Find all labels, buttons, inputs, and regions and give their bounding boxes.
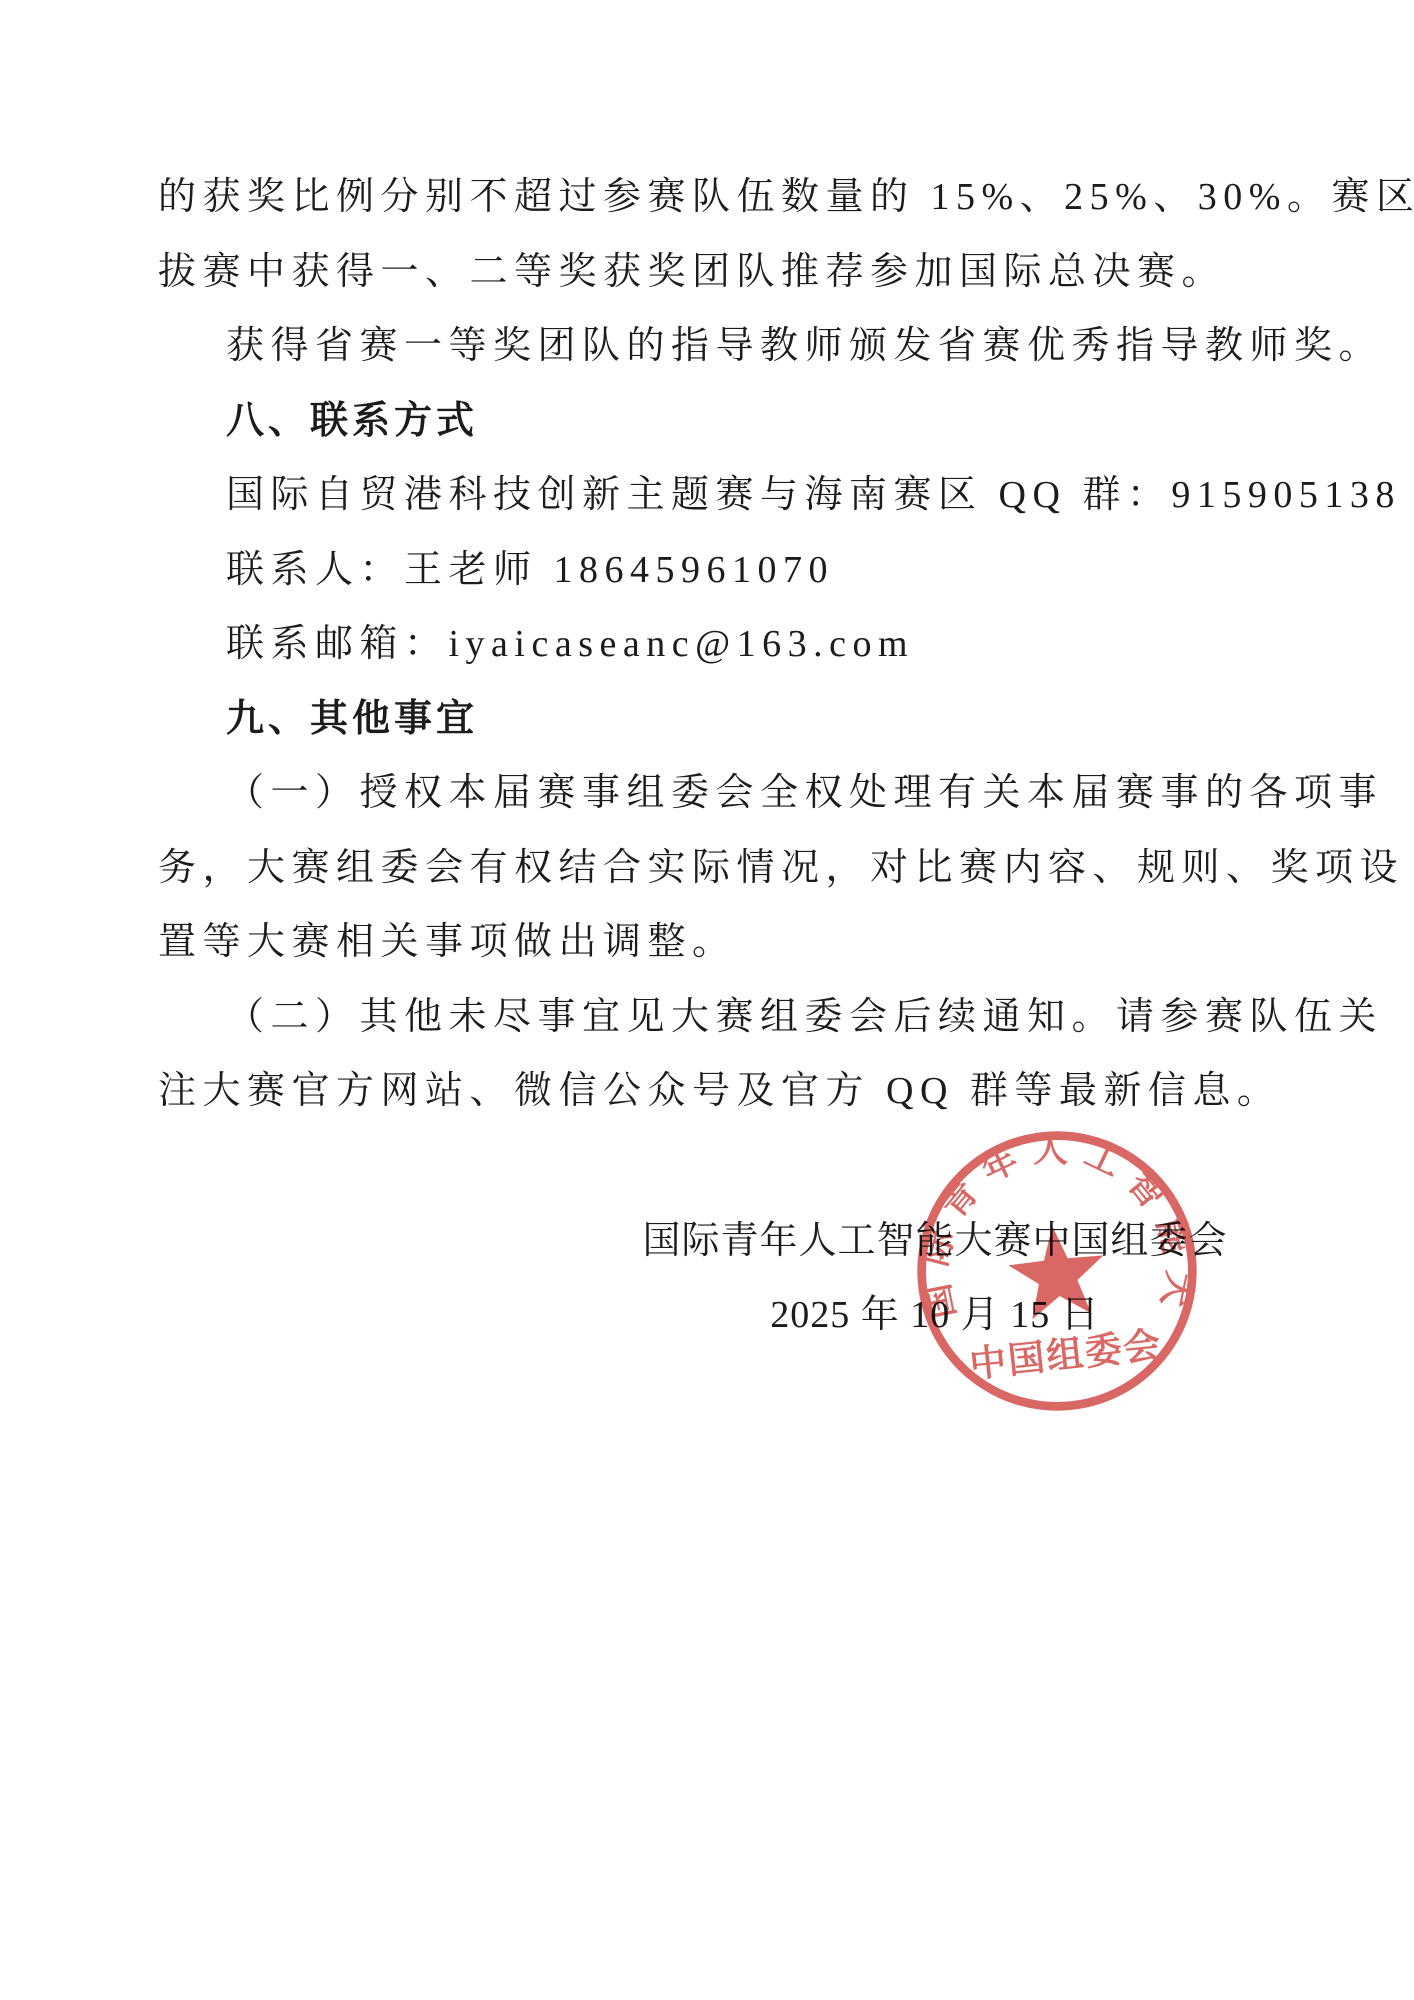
contact-qq-line: 国际自贸港科技创新主题赛与海南赛区 QQ 群：915905138 — [158, 458, 1274, 533]
seal-bottom-text: 中国组委会 — [968, 1324, 1164, 1385]
other-item-2-line-2: 注大赛官方网站、微信公众号及官方 QQ 群等最新信息。 — [158, 1054, 1274, 1129]
other-item-1-line-3: 置等大赛相关事项做出调整。 — [158, 905, 1274, 980]
contact-email-line: 联系邮箱：iyaicaseanc@163.com — [158, 607, 1274, 682]
teacher-award-line: 获得省赛一等奖团队的指导教师颁发省赛优秀指导教师奖。 — [158, 309, 1274, 384]
other-item-1-line-2: 务，大赛组委会有权结合实际情况，对比赛内容、规则、奖项设 — [158, 831, 1274, 906]
document-page: 的获奖比例分别不超过参赛队伍数量的 15%、25%、30%。赛区选 拔赛中获得一… — [0, 0, 1414, 2000]
seal-star-icon — [1005, 1221, 1110, 1321]
award-ratio-line-1: 的获奖比例分别不超过参赛队伍数量的 15%、25%、30%。赛区选 — [158, 160, 1274, 235]
contact-person-line: 联系人：王老师 18645961070 — [158, 533, 1274, 608]
official-seal-stamp: 国际青年人工智能大赛 中国组委会 — [912, 1126, 1202, 1416]
award-ratio-line-2: 拔赛中获得一、二等奖获奖团队推荐参加国际总决赛。 — [158, 235, 1274, 310]
other-item-2-line-1: （二）其他未尽事宜见大赛组委会后续通知。请参赛队伍关 — [158, 980, 1274, 1055]
section-heading-contact: 八、联系方式 — [158, 384, 1274, 459]
other-item-1-line-1: （一）授权本届赛事组委会全权处理有关本届赛事的各项事 — [158, 756, 1274, 831]
section-heading-other: 九、其他事宜 — [158, 682, 1274, 757]
